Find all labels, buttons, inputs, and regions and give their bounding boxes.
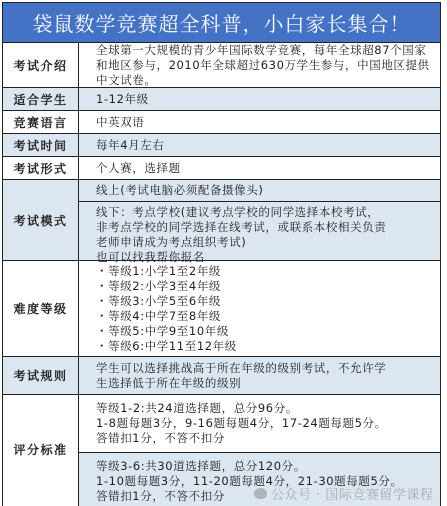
row-language: 竞赛语言 中英双语 — [3, 111, 440, 134]
row-exam-rules: 考试规则 学生可以选择挑战高于所在年级的级别考试，不允许学 生选择低于所在年级的… — [3, 357, 440, 395]
info-table: 袋鼠数学竞赛超全科普，小白家长集合！ 考试介绍 全球第一大规模的青少年国际数学竞… — [2, 2, 441, 506]
row-label: 考试规则 — [3, 357, 79, 394]
list-item: ・等级3:小学5至6年级 — [96, 294, 440, 309]
row-label: 难度等级 — [3, 261, 79, 356]
watermark: 公众号 · 国际竞赛留学课程 — [254, 484, 433, 503]
row-exam-mode: 考试模式 线上(考试电脑必须配备摄像头) 线下：考点学校(建议考点学校的同学选择… — [3, 180, 440, 261]
list-item: ・等级2:小学3至4年级 — [96, 279, 440, 294]
row-value: 学生可以选择挑战高于所在年级的级别考试，不允许学 生选择低于所在年级的级别 — [79, 357, 440, 394]
row-exam-intro: 考试介绍 全球第一大规模的青少年国际数学竞赛，每年全球超87个国家 和地区参与，… — [3, 43, 440, 88]
mode-online: 线上(考试电脑必须配备摄像头) — [79, 180, 440, 201]
row-label: 适合学生 — [3, 88, 79, 110]
list-item: ・等级5:中学9至10年级 — [96, 324, 440, 339]
row-value: 每年4月左右 — [79, 134, 440, 156]
scoring-level-1-2: 等级1-2:共24道选择题，总分96分。 1-8题每题3分，9-16题每题4分，… — [79, 395, 440, 452]
list-item: ・等级1:小学1至2年级 — [96, 264, 440, 279]
wechat-icon — [254, 488, 267, 499]
mode-offline: 线下：考点学校(建议考点学校的同学选择本校考试， 非考点学校的同学选择在线考试，… — [79, 201, 440, 268]
row-label: 考试形式 — [3, 157, 79, 179]
table-title: 袋鼠数学竞赛超全科普，小白家长集合！ — [3, 3, 440, 43]
row-label: 考试介绍 — [3, 43, 79, 87]
row-exam-time: 考试时间 每年4月左右 — [3, 134, 440, 157]
row-suitable-students: 适合学生 1-12年级 — [3, 88, 440, 111]
row-value: 1-12年级 — [79, 88, 440, 110]
row-value: 个人赛，选择题 — [79, 157, 440, 179]
row-label: 竞赛语言 — [3, 111, 79, 133]
row-value: 全球第一大规模的青少年国际数学竞赛，每年全球超87个国家 和地区参与，2010年… — [79, 43, 440, 87]
row-label: 评分标准 — [3, 395, 79, 506]
level-list: ・等级1:小学1至2年级 ・等级2:小学3至4年级 ・等级3:小学5至6年级 ・… — [79, 261, 440, 356]
row-value: 中英双语 — [79, 111, 440, 133]
list-item: ・等级4:中学7至8年级 — [96, 309, 440, 324]
row-label: 考试时间 — [3, 134, 79, 156]
row-label: 考试模式 — [3, 180, 79, 260]
row-difficulty-levels: 难度等级 ・等级1:小学1至2年级 ・等级2:小学3至4年级 ・等级3:小学5至… — [3, 261, 440, 357]
row-exam-format: 考试形式 个人赛，选择题 — [3, 157, 440, 180]
list-item: ・等级6:中学11至12年级 — [96, 339, 440, 354]
